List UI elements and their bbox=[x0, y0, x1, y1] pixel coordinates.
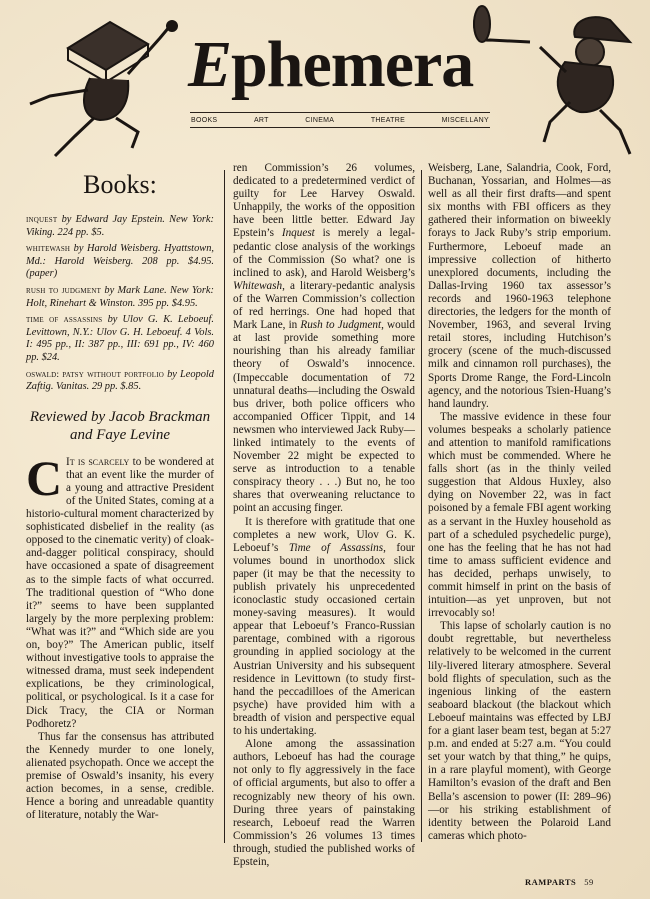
article-paragraph: CIt is scarcely to be wondered at that a… bbox=[26, 456, 214, 731]
nav-art[interactable]: ART bbox=[254, 117, 269, 124]
magazine-section-title: Ephemera bbox=[188, 30, 488, 100]
article-paragraph: Thus far the consensus has attributed th… bbox=[26, 731, 214, 823]
section-heading: Books: bbox=[26, 170, 214, 200]
article-paragraph: ren Commission’s 26 volumes, dedicated t… bbox=[233, 162, 415, 516]
article-paragraph: It is therefore with gratitude that one … bbox=[233, 516, 415, 739]
article-paragraph: This lapse of scholarly caution is no do… bbox=[428, 620, 611, 843]
publication-name: RAMPARTS bbox=[525, 877, 576, 887]
book-headed-man-illustration-icon bbox=[20, 8, 180, 158]
page-number: 59 bbox=[584, 877, 594, 887]
book-listing: Inquest by Edward Jay Epstein. New York:… bbox=[26, 214, 214, 239]
page-footer: RAMPARTS59 bbox=[525, 877, 594, 887]
masthead: Ephemera BOOKS ART CINEMA THEATRE MISCEL… bbox=[0, 0, 650, 160]
column-3: Weisberg, Lane, Salandria, Cook, Ford, B… bbox=[428, 162, 611, 843]
reviewer-byline: Reviewed by Jacob Brackman and Faye Levi… bbox=[26, 408, 214, 444]
column-divider bbox=[421, 170, 422, 842]
nav-books[interactable]: BOOKS bbox=[191, 117, 217, 124]
column-1: Books: Inquest by Edward Jay Epstein. Ne… bbox=[26, 170, 214, 822]
article-paragraph: Weisberg, Lane, Salandria, Cook, Ford, B… bbox=[428, 162, 611, 411]
column-2: ren Commission’s 26 volumes, dedicated t… bbox=[233, 162, 415, 869]
book-listing: Time of Assassins by Ulov G. K. Leboeuf.… bbox=[26, 314, 214, 364]
column-divider bbox=[224, 170, 225, 843]
drop-cap: C bbox=[26, 458, 60, 500]
trumpeter-illustration-icon bbox=[470, 2, 640, 157]
section-nav: BOOKS ART CINEMA THEATRE MISCELLANY bbox=[190, 112, 490, 128]
book-listing: Oswald: Patsy Without Portfolio by Leopo… bbox=[26, 369, 214, 394]
nav-cinema[interactable]: CINEMA bbox=[305, 117, 334, 124]
article-paragraph: Alone among the assassination authors, L… bbox=[233, 738, 415, 869]
book-listing: Whitewash by Harold Weisberg. Hyattstown… bbox=[26, 243, 214, 281]
nav-theatre[interactable]: THEATRE bbox=[371, 117, 405, 124]
article-paragraph: The massive evidence in these four volum… bbox=[428, 411, 611, 621]
book-listing: Rush to Judgment by Mark Lane. New York:… bbox=[26, 285, 214, 310]
